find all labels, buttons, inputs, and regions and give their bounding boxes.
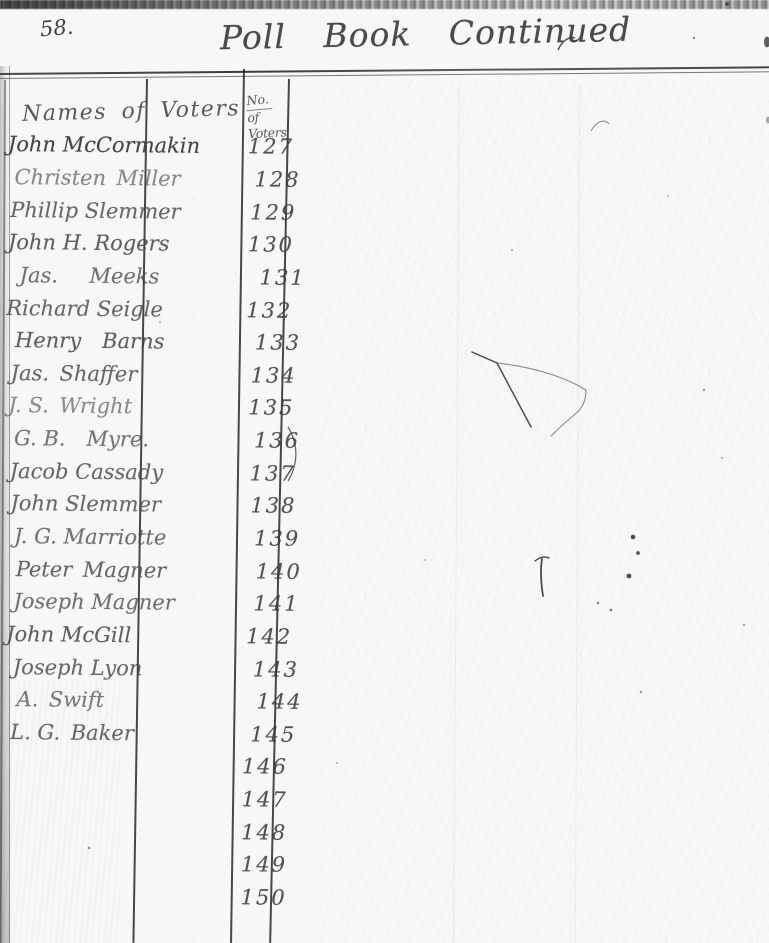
- voter-name: John Slemmer: [4, 491, 244, 517]
- table-row: L. G. Baker 145: [2, 716, 312, 752]
- voter-name: Phillip Slemmer: [7, 198, 244, 224]
- voter-number: 128: [248, 167, 308, 192]
- table-row: John McGill 142: [3, 618, 313, 654]
- table-row: 149: [1, 846, 311, 882]
- voter-number: 150: [235, 885, 295, 910]
- table-row: Christen Miller 128: [7, 161, 317, 197]
- voter-name: L. G. Baker: [2, 720, 244, 746]
- table-row: John Slemmer 138: [4, 487, 314, 523]
- table-row: A. Swift 144: [2, 683, 312, 719]
- voter-name: [2, 764, 236, 766]
- voter-name: Joseph Magner: [3, 589, 247, 615]
- table-row: Joseph Lyon 143: [3, 650, 313, 686]
- table-row: J. S. Wright 135: [5, 389, 315, 425]
- voter-number: 147: [235, 787, 295, 812]
- paper-crease: [575, 85, 580, 943]
- voter-number: 132: [240, 298, 300, 323]
- voter-number: 135: [242, 396, 302, 421]
- table-row: 150: [0, 879, 310, 915]
- voter-name: Jas. Meeks: [6, 263, 253, 289]
- table-row: J. G. Marriotte 139: [4, 520, 314, 556]
- voter-number: 142: [240, 624, 300, 649]
- voter-number: 141: [247, 592, 307, 617]
- voter-number: 129: [244, 200, 304, 225]
- ink-dots: [597, 2, 769, 611]
- ink-squiggle-mid-right: [591, 121, 609, 131]
- page-title: Poll Book Continued: [220, 10, 632, 58]
- voter-number: 148: [235, 820, 295, 845]
- table-row: John H. Rogers 130: [7, 226, 317, 262]
- scan-top-edge: [0, 0, 769, 9]
- voter-name: John H. Rogers: [7, 230, 242, 256]
- scratch-mark: [472, 352, 586, 436]
- voter-number: 143: [247, 657, 307, 682]
- voter-number: 139: [248, 526, 308, 551]
- voter-name: Christen Miller: [7, 165, 248, 191]
- voter-number: 133: [249, 330, 309, 355]
- voter-number: 131: [253, 265, 313, 290]
- table-row: Richard Seigle 132: [6, 291, 316, 327]
- table-row: G. B. Myre. 136: [5, 422, 315, 458]
- voter-name: Peter Magner: [4, 557, 250, 583]
- voter-number: 140: [250, 559, 310, 584]
- voter-name: John McGill: [3, 622, 240, 648]
- poll-rows: John McCormakin 127 Christen Miller 128 …: [0, 128, 318, 914]
- t-shaped-mark: [535, 557, 549, 596]
- voter-number: 138: [244, 494, 304, 519]
- voter-name: J. S. Wright: [5, 393, 242, 419]
- table-row: Peter Magner 140: [4, 552, 314, 588]
- voter-name: [1, 862, 235, 864]
- table-row: Phillip Slemmer 129: [7, 193, 317, 229]
- voter-name: [1, 895, 235, 897]
- poll-book-page: 58. Poll Book Continued Names of Voters …: [0, 0, 769, 943]
- voter-number: 134: [245, 363, 305, 388]
- paper-crease: [453, 85, 460, 943]
- voter-number: 144: [250, 690, 310, 715]
- table-row: Jas. Shaffer 134: [5, 356, 315, 392]
- voter-number: 130: [242, 232, 302, 257]
- table-row: Henry Barns 133: [6, 324, 316, 360]
- table-row: 146: [2, 748, 312, 784]
- voter-number: 137: [244, 461, 304, 486]
- voter-number: 127: [242, 135, 302, 160]
- voter-name: [2, 797, 236, 799]
- table-row: 148: [1, 813, 311, 849]
- voter-name: [1, 830, 235, 832]
- voter-name: G. B. Myre.: [5, 426, 248, 452]
- voter-name: Joseph Lyon: [3, 655, 247, 681]
- names-column-header: Names of Voters: [22, 96, 241, 127]
- voter-number: 145: [244, 722, 304, 747]
- table-row: 147: [1, 781, 311, 817]
- voter-name: John McCormakin: [8, 132, 242, 158]
- voter-name: Jas. Shaffer: [6, 361, 245, 387]
- voter-number: 146: [236, 755, 296, 780]
- page-number: 58.: [39, 15, 74, 42]
- voter-name: A. Swift: [2, 687, 250, 713]
- table-row: John McCormakin 127: [8, 128, 318, 164]
- voter-number: 149: [235, 853, 295, 878]
- voter-name: Richard Seigle: [6, 296, 240, 322]
- voter-name: Jacob Cassady: [5, 459, 244, 485]
- paper-texture: [320, 80, 769, 943]
- voter-number: 136: [248, 428, 308, 453]
- voter-name: Henry Barns: [6, 328, 249, 354]
- table-row: Joseph Magner 141: [3, 585, 313, 621]
- voter-name: J. G. Marriotte: [4, 524, 248, 550]
- table-row: Jacob Cassady 137: [5, 454, 315, 490]
- table-row: Jas. Meeks 131: [6, 259, 316, 295]
